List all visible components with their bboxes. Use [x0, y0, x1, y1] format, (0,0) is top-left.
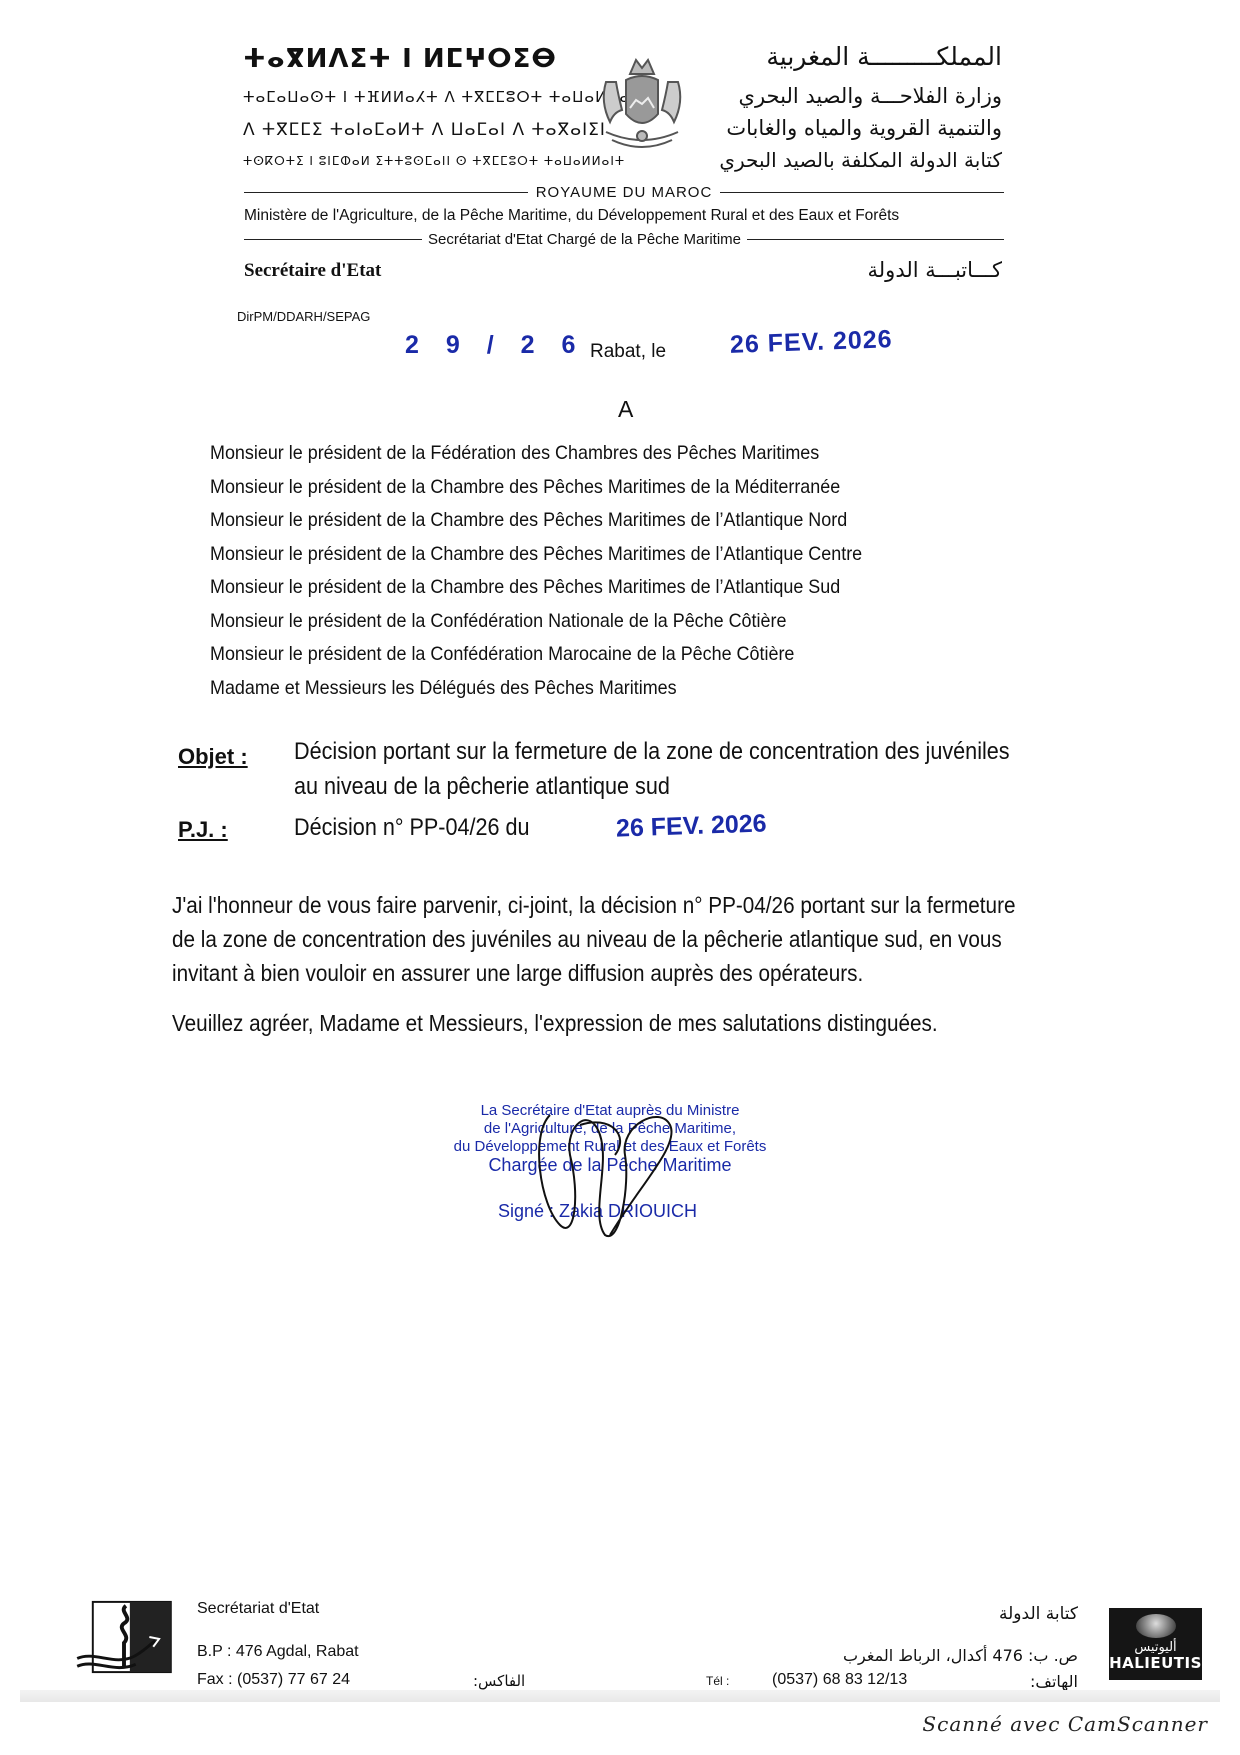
reference-code: DirPM/DDARH/SEPAG — [237, 309, 370, 324]
addressee-marker: A — [618, 396, 633, 423]
closing-formula: Veuillez agréer, Madame et Messieurs, l'… — [172, 1010, 938, 1037]
arabic-secretariat-line: كتابة الدولة المكلفة بالصيد البحري — [719, 148, 1002, 172]
footer-fax: Fax : (0537) 77 67 24 — [197, 1671, 350, 1689]
tifinagh-ministry-line-2: ⴷ ⵜⴳⵎⵎⵉ ⵜⴰⵏⴰⵎⴰⵍⵜ ⴷ ⵡⴰⵎⴰⵏ ⴷ ⵜⴰⴳⴰⵏⵉⵏ — [243, 120, 606, 140]
arabic-ministry-line: وزارة الفلاحـــة والصيد البحري — [739, 84, 1002, 108]
arabic-kingdom-title: المملكـــــــــة المغربية — [766, 42, 1002, 71]
body-line: J'ai l'honneur de vous faire parvenir, c… — [172, 888, 1015, 922]
footer-secretariat: Secrétariat d'Etat — [197, 1600, 319, 1618]
secretariat-header: Secrétariat d'Etat Chargé de la Pêche Ma… — [244, 231, 1004, 248]
divider — [720, 192, 1004, 193]
royaume-header: ROYAUME DU MAROC — [244, 184, 1004, 201]
secretaire-etat-arabic: كـــاتبـــة الدولة — [868, 258, 1002, 282]
halieutis-logo: أليوتيس HALIEUTIS — [1109, 1608, 1202, 1680]
date-stamp: 26 FEV. 2026 — [730, 325, 894, 360]
body-paragraph: J'ai l'honneur de vous faire parvenir, c… — [172, 888, 1109, 990]
recipient-list: Monsieur le président de la Fédération d… — [210, 437, 919, 705]
recipient-item: Monsieur le président de la Chambre des … — [210, 471, 862, 505]
divider — [244, 192, 528, 193]
recipient-item: Monsieur le président de la Chambre des … — [210, 504, 862, 538]
footer-tel-number: (0537) 68 83 12/13 — [772, 1671, 907, 1689]
handwritten-signature-icon — [520, 1095, 720, 1245]
secretariat-logo-icon — [75, 1598, 173, 1676]
body-line: de la zone de concentration des juvénile… — [172, 922, 1015, 956]
recipient-item: Madame et Messieurs les Délégués des Pêc… — [210, 672, 862, 706]
objet-line: au niveau de la pêcherie atlantique sud — [294, 769, 996, 804]
recipient-item: Monsieur le président de la Fédération d… — [210, 437, 862, 471]
recipient-item: Monsieur le président de la Chambre des … — [210, 571, 862, 605]
secretaire-etat-label: Secrétaire d'Etat — [244, 260, 381, 282]
tifinagh-kingdom-title: ⵜⴰⴳⵍⴷⵉⵜ ⵏ ⵍⵎⵖⵔⵉⴱ — [243, 44, 557, 74]
divider — [747, 239, 1004, 240]
pj-text: Décision n° PP-04/26 du — [294, 814, 530, 842]
secretariat-label: Secrétariat d'Etat Chargé de la Pêche Ma… — [428, 231, 741, 248]
recipient-item: Monsieur le président de la Chambre des … — [210, 538, 862, 572]
reference-number-stamp: 2 9 / 2 6 — [405, 331, 585, 360]
objet-line: Décision portant sur la fermeture de la … — [294, 734, 996, 769]
camscanner-watermark: Scanné avec CamScanner — [922, 1712, 1208, 1736]
divider — [244, 239, 422, 240]
pj-label: P.J. : — [178, 817, 228, 843]
objet-text: Décision portant sur la fermeture de la … — [294, 734, 1074, 804]
ministry-name: Ministère de l'Agriculture, de la Pêche … — [244, 207, 1004, 225]
footer-fax-arabic: الفاكس: — [473, 1672, 525, 1690]
footer-arabic-tel-label: الهاتف: — [1030, 1672, 1078, 1691]
pj-date-stamp: 26 FEV. 2026 — [616, 809, 768, 843]
halieutis-latin: HALIEUTIS — [1109, 1656, 1202, 1671]
halieutis-globe-icon — [1136, 1614, 1176, 1638]
footer-arabic-title: كتابة الدولة — [999, 1604, 1078, 1624]
footer-arabic-address: ص. ب: 476 أكدال، الرباط المغرب — [843, 1646, 1078, 1665]
tifinagh-ministry-line: ⵜⴰⵎⴰⵡⴰⵙⵜ ⵏ ⵜⴼⵍⵍⴰⵃⵜ ⴷ ⵜⴳⵎⵎⵓⵔⵜ ⵜⴰⵡⴰⵍⵍⴰⵏⵜ — [243, 88, 648, 106]
recipient-item: Monsieur le président de la Confédératio… — [210, 605, 862, 639]
footer-tel-label: Tél : — [706, 1674, 729, 1688]
footer-address: B.P : 476 Agdal, Rabat — [197, 1643, 359, 1661]
objet-label: Objet : — [178, 744, 248, 770]
royaume-label: ROYAUME DU MAROC — [536, 184, 713, 201]
footer-band — [20, 1690, 1220, 1702]
arabic-ministry-line-2: والتنمية القروية والمياه والغابات — [726, 116, 1002, 140]
tifinagh-secretariat-line: ⵜⵙⴽⵔⵜⵉ ⵏ ⵓⵏⵎⵀⴰⵍ ⵉⵜⵜⵓⵙⵎⴰⵏⵏ ⵙ ⵜⴳⵎⵎⵓⵔⵜ ⵜⴰⵡⴰ… — [243, 154, 625, 168]
coat-of-arms-icon — [592, 52, 692, 162]
body-line: invitant à bien vouloir en assurer une l… — [172, 956, 1015, 990]
recipient-item: Monsieur le président de la Confédératio… — [210, 638, 862, 672]
place-label: Rabat, le — [590, 341, 666, 363]
